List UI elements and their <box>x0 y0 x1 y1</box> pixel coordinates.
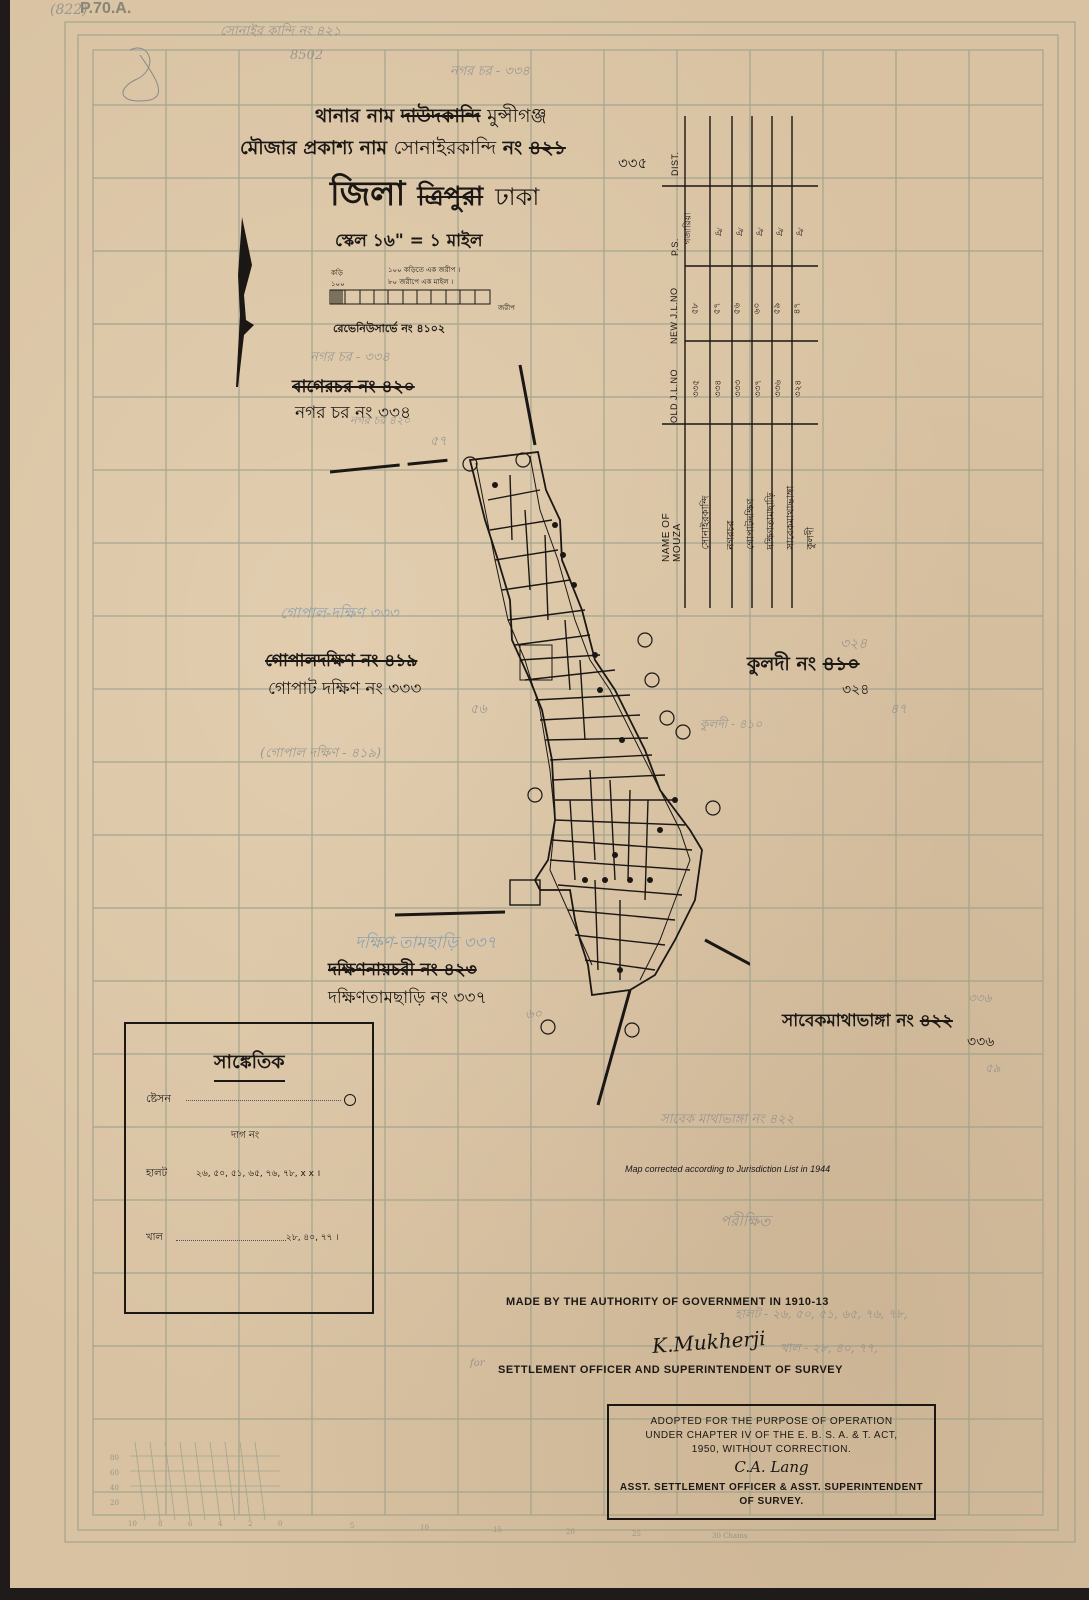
map-scale-text: স্কেল ১৬" = ১ মাইল <box>335 228 483 256</box>
grid-x-tick-5: 5 <box>350 1522 354 1530</box>
grid-x-tick-8: 8 <box>158 1520 162 1528</box>
scale-bar: ১০০ কড়িতে এক জরীপ । ৮০ জরীপে এক মাইল । … <box>328 262 538 342</box>
thana-label: থানার নাম <box>315 105 394 127</box>
legend-khal-label: খাল <box>146 1230 163 1247</box>
legend-title: সাঙ্কেতিক <box>214 1048 285 1082</box>
grid-x-tick-6: 6 <box>188 1520 192 1528</box>
scale-unit: জরীপ <box>498 302 515 314</box>
map-sheet: (822) P.70.A. সোনাইর কান্দি নং ৪২১ 8502 … <box>10 0 1089 1588</box>
grid-x-tick-15: 15 <box>493 1526 502 1534</box>
legend-box: সাঙ্কেতিক ষ্টেসন দাগ নং হালট ২৬, ৫০, ৫১,… <box>124 1022 374 1314</box>
grid-x-tick-25: 25 <box>632 1530 641 1538</box>
pencil-note-top: নগর চর - ৩৩৪ <box>450 62 530 83</box>
asst-officer-signature: C.A. Lang <box>609 1458 934 1476</box>
grid-x-tick-20: 20 <box>566 1528 575 1536</box>
scale-line-1: ১০০ কড়িতে এক জরীপ । <box>388 264 460 276</box>
adoption-line-3: 1950, WITHOUT CORRECTION. <box>609 1444 934 1455</box>
mouza-plot-map <box>330 360 750 1120</box>
pencil-flourish-icon <box>110 40 180 110</box>
pencil-verification: পরীক্ষিত <box>720 1210 770 1235</box>
pencil-khal-notes: খাল - ২৮, ৪০, ৭৭, <box>780 1340 878 1360</box>
col-header-ps: P.S. <box>670 206 680 256</box>
district-label: জিলা <box>330 174 405 214</box>
southeast-neighbor: সাবেকমাথাভাঙ্গা নং ৪২২ <box>782 1008 953 1036</box>
grid-y-tick-80: 80 <box>110 1454 119 1462</box>
north-arrow-icon <box>228 215 258 390</box>
district-line: জিলা ত্রিপুরা ঢাকা <box>330 168 539 225</box>
mouza-name: সোনাইরকান্দি <box>394 137 496 159</box>
grid-x-tick-2: 2 <box>248 1520 252 1528</box>
row-5-ps: ঐ <box>776 226 783 241</box>
row-6-new: ৪৭ <box>789 303 804 315</box>
east-neighbor-new-no: ৩২৪ <box>842 678 869 702</box>
thana-old: দাউদকান্দি <box>401 105 481 127</box>
grid-x-tick-30-chains: 30 Chains <box>712 1532 748 1540</box>
adoption-line-1: ADOPTED FOR THE PURPOSE OF OPERATION <box>609 1416 934 1427</box>
mouza-line: মৌজার প্রকাশ্য নাম সোনাইরকান্দি নং ৪২১ <box>240 134 566 166</box>
grid-y-tick-60: 60 <box>110 1469 119 1477</box>
east-neighbor-name: কুলদী নং <box>747 653 816 675</box>
row-1-ps: গজারিয়া <box>681 213 696 245</box>
row-3-new: ৫৬ <box>729 303 744 315</box>
for-label: for <box>470 1358 485 1369</box>
row-6-ps: ঐ <box>796 226 803 241</box>
revenue-survey-no: রেভেনিউসার্ভে নং ৪১০২ <box>333 320 445 339</box>
row-4-new: ৬০ <box>749 303 764 315</box>
legend-station-label: ষ্টেসন <box>146 1090 171 1109</box>
pencil-note-mouza: সোনাইর কান্দি নং ৪২১ <box>220 22 341 43</box>
row-4-name: দক্ষিণতামছাড়ি <box>764 460 781 550</box>
district-new: ঢাকা <box>495 183 539 211</box>
station-circle-icon <box>344 1094 356 1106</box>
thana-new: মুন্সীগঞ্জ <box>487 105 547 127</box>
grid-x-tick-10b: 10 <box>420 1524 429 1532</box>
grid-y-tick-20: 20 <box>110 1499 119 1507</box>
east-neighbor-old-no: ৪১০ <box>823 653 860 675</box>
southeast-neighbor-name: সাবেকমাথাভাঙ্গা নং <box>782 1011 914 1031</box>
settlement-officer-title: SETTLEMENT OFFICER AND SUPERINTENDENT OF… <box>498 1364 843 1376</box>
row-1-new: ৫৮ <box>687 303 702 315</box>
legend-halot-values: ২৬, ৫০, ৫১, ৬৫, ৭৬, ৭৮, x x । <box>196 1166 320 1181</box>
legend-halot-label: হালট <box>146 1166 167 1183</box>
legend-khal-values: ২৮, ৪০, ৭৭ । <box>286 1230 339 1245</box>
southeast-neighbor-old-no: ৪২২ <box>920 1011 953 1031</box>
southeast-pencil-note: ৩৩৬ <box>968 990 991 1010</box>
mouza-no-old: ৪২১ <box>529 137 566 159</box>
legend-station-leader <box>186 1100 341 1101</box>
southeast-neighbor-new-no: ৩৩৬ <box>967 1030 994 1054</box>
row-6-old: ৩২৪ <box>790 380 805 398</box>
legend-dag-label: দাগ নং <box>231 1128 259 1145</box>
adoption-title-1: ASST. SETTLEMENT OFFICER & ASST. SUPERIN… <box>609 1482 934 1493</box>
mouza-no-new: ৩৩৫ <box>618 152 647 177</box>
col-header-new-jl: NEW J.L.NO <box>669 264 679 344</box>
adoption-title-2: OF SURVEY. <box>609 1496 934 1507</box>
east-pencil-jl: ৪৭ <box>890 700 907 721</box>
row-3-ps: ঐ <box>736 226 743 241</box>
district-old: ত্রিপুরা <box>417 182 483 212</box>
row-4-ps: ঐ <box>756 226 763 241</box>
adoption-stamp-box: ADOPTED FOR THE PURPOSE OF OPERATION UND… <box>607 1404 936 1520</box>
adoption-line-2: UNDER CHAPTER IV OF THE E. B. S. A. & T.… <box>609 1430 934 1441</box>
mouza-no-label: নং <box>503 137 523 159</box>
grid-x-tick-4: 4 <box>218 1520 222 1528</box>
row-5-name: সাবেকমাথাভাঙ্গা <box>784 460 801 550</box>
pencil-note-number: 8502 <box>290 48 323 63</box>
mouza-label: মৌজার প্রকাশ্য নাম <box>240 137 387 159</box>
row-6-name: কুলদী <box>804 460 821 550</box>
row-5-new: ৫৯ <box>769 303 784 315</box>
southeast-pencil-jl: ৫৯ <box>985 1060 1001 1080</box>
correction-note: Map corrected according to Jurisdiction … <box>625 1164 830 1174</box>
scale-line-2: ৮০ জরীপে এক মাইল । <box>388 276 453 288</box>
row-2-ps: ঐ <box>715 226 722 241</box>
col-header-dist: DIST. <box>670 126 680 176</box>
row-2-new: ৫৭ <box>709 303 724 315</box>
grid-x-tick-10: 10 <box>128 1520 137 1528</box>
legend-khal-leader <box>176 1240 286 1241</box>
pencil-halot-notes: হালট - ২৬, ৫০, ৫১, ৬৫, ৭৬, ৭৮, <box>735 1306 907 1326</box>
sheet-code: P.70.A. <box>80 0 131 18</box>
row-4-old: ৩৩৭ <box>750 380 765 398</box>
grid-x-tick-0: 0 <box>278 1520 282 1528</box>
grid-y-tick-40: 40 <box>110 1484 119 1492</box>
thana-line: থানার নাম দাউদকান্দি মুন্সীগঞ্জ <box>315 102 547 134</box>
row-5-old: ৩৩৬ <box>770 380 785 398</box>
